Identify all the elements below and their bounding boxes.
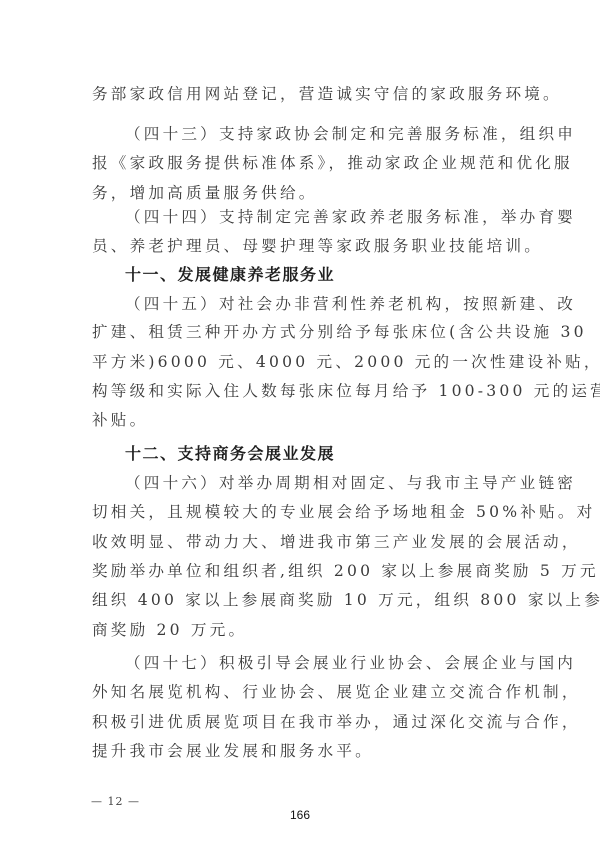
paragraph-line: （四十五）对社会办非营利性养老机构，按照新建、改 [125,294,525,314]
paragraph-line: 构等级和实际入住人数每张床位每月给予 100-300 元的运营 [92,381,522,401]
paragraph-line: （四十三）支持家政协会制定和完善服务标准，组织申 [125,124,525,144]
paragraph-line: 组织 400 家以上参展商奖励 10 万元，组织 800 家以上参展 [92,590,522,610]
paragraph-line: （四十七）积极引导会展业行业协会、会展企业与国内 [125,653,525,673]
paragraph-line: 积极引进优质展览项目在我市举办，通过深化交流与合作， [92,712,522,732]
paragraph-line: 商奖励 20 万元。 [92,620,522,640]
paragraph-line: 外知名展览机构、行业协会、展览企业建立交流合作机制， [92,682,522,702]
document-page: 务部家政信用网站登记，营造诚实守信的家政服务环境。 （四十三）支持家政协会制定和… [0,0,600,848]
section-heading: 十一、发展健康养老服务业 [125,265,335,285]
paragraph-line: 收效明显、带动力大、增进我市第三产业发展的会展活动， [92,532,522,552]
paragraph-line: 务，增加高质量服务供给。 [92,183,522,203]
paragraph-line: 切相关，且规模较大的专业展会给予场地租金 50%补贴。对 [92,502,522,522]
paragraph-line: 平方米)6000 元、4000 元、2000 元的一次性建设补贴，按机 [92,352,522,372]
paragraph-line: 务部家政信用网站登记，营造诚实守信的家政服务环境。 [92,84,522,104]
paragraph-line: （四十六）对举办周期相对固定、与我市主导产业链密 [125,473,525,493]
paragraph-line: 补贴。 [92,410,522,430]
paragraph-line: 报《家政服务提供标准体系》，推动家政企业规范和优化服 [92,153,522,173]
page-label: — 12 — [91,795,140,808]
paragraph-line: 奖励举办单位和组织者,组织 200 家以上参展商奖励 5 万元， [92,561,522,581]
section-heading: 十二、支持商务会展业发展 [125,444,335,464]
paragraph-line: 提升我市会展业发展和服务水平。 [92,741,522,761]
paragraph-line: 扩建、租赁三种开办方式分别给予每张床位(含公共设施 30 [92,322,522,342]
paragraph-line: （四十四）支持制定完善家政养老服务标准，举办育婴 [125,207,525,227]
paragraph-line: 员、养老护理员、母婴护理等家政服务职业技能培训。 [92,236,522,256]
page-number: 166 [290,808,310,822]
